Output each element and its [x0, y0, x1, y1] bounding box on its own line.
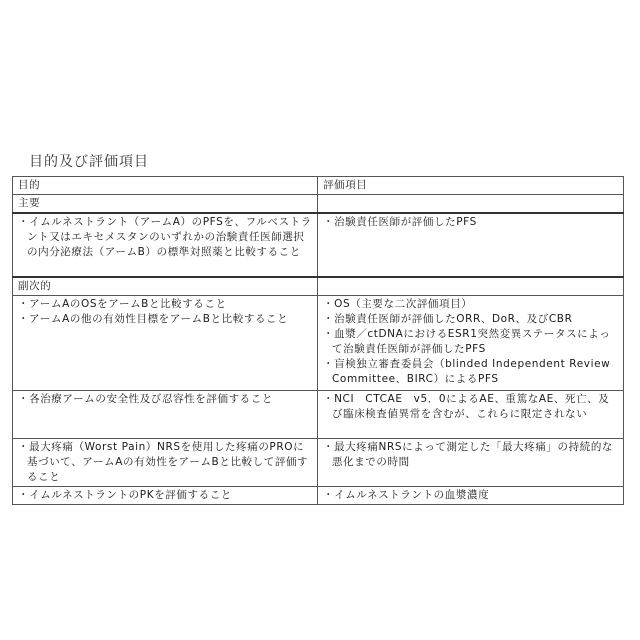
endpoint-cell: ・治験責任医師が評価したPFS [318, 213, 624, 277]
table-row: ・イムルネストラント（アームA）のPFSを、フルベストラント又はエキセメスタンの… [13, 213, 624, 277]
section-row-primary: 主要 [13, 195, 624, 214]
objective-cell: ・イムルネストラントのPKを評価すること [13, 487, 318, 505]
endpoint-item: ・OS（主要な二次評価項目） [323, 297, 619, 312]
objective-cell: ・最大疼痛（Worst Pain）NRSを使用した疼痛のPROに基づいて、アーム… [13, 439, 318, 487]
endpoint-item: ・治験責任医師が評価したORR、DoR、及びCBR [323, 312, 619, 327]
section-label-secondary: 副次的 [13, 277, 318, 296]
objective-cell: ・イムルネストラント（アームA）のPFSを、フルベストラント又はエキセメスタンの… [13, 213, 318, 277]
endpoint-item: ・血漿／ctDNAにおけるESR1突然変異ステータスによって治験責任医師が評価し… [323, 327, 619, 357]
table-row: ・アームAのOSをアームBと比較すること ・アームAの他の有効性目標をアームBと… [13, 296, 624, 391]
table-header-row: 目的 評価項目 [13, 177, 624, 195]
section-label-primary: 主要 [13, 195, 318, 214]
endpoint-item: ・盲検独立審査委員会（blinded Independent Review Co… [323, 357, 619, 387]
objective-item: ・アームAの他の有効性目標をアームBと比較すること [18, 312, 313, 327]
objective-item: ・アームAのOSをアームBと比較すること [18, 297, 313, 312]
endpoint-item: ・NCI CTCAE v5．0によるAE、重篤なAE、死亡、及び臨床検査値異常を… [323, 392, 619, 422]
header-endpoint: 評価項目 [318, 177, 624, 195]
table-row: ・各治療アームの安全性及び忍容性を評価すること ・NCI CTCAE v5．0に… [13, 391, 624, 439]
table-row: ・イムルネストラントのPKを評価すること ・イムルネストラントの血漿濃度 [13, 487, 624, 505]
section-blank-primary [318, 195, 624, 214]
endpoint-cell: ・OS（主要な二次評価項目） ・治験責任医師が評価したORR、DoR、及びCBR… [318, 296, 624, 391]
endpoint-item: ・イムルネストラントの血漿濃度 [323, 488, 619, 503]
section-blank-secondary [318, 277, 624, 296]
objective-item: ・イムルネストラントのPKを評価すること [18, 488, 313, 503]
endpoint-item: ・最大疼痛NRSによって測定した「最大疼痛」の持続的な悪化までの時間 [323, 440, 619, 470]
table-row: ・最大疼痛（Worst Pain）NRSを使用した疼痛のPROに基づいて、アーム… [13, 439, 624, 487]
objective-item: ・最大疼痛（Worst Pain）NRSを使用した疼痛のPROに基づいて、アーム… [18, 440, 313, 485]
header-objective: 目的 [13, 177, 318, 195]
endpoint-cell: ・イムルネストラントの血漿濃度 [318, 487, 624, 505]
objective-item: ・イムルネストラント（アームA）のPFSを、フルベストラント又はエキセメスタンの… [18, 215, 313, 260]
section-row-secondary: 副次的 [13, 277, 624, 296]
endpoint-item: ・治験責任医師が評価したPFS [323, 215, 619, 230]
objective-cell: ・各治療アームの安全性及び忍容性を評価すること [13, 391, 318, 439]
objectives-endpoints-table: 目的 評価項目 主要 ・イムルネストラント（アームA）のPFSを、フルベストラン… [12, 176, 624, 505]
objective-cell: ・アームAのOSをアームBと比較すること ・アームAの他の有効性目標をアームBと… [13, 296, 318, 391]
table-caption: 目的及び評価項目 [29, 151, 149, 171]
endpoint-cell: ・最大疼痛NRSによって測定した「最大疼痛」の持続的な悪化までの時間 [318, 439, 624, 487]
endpoint-cell: ・NCI CTCAE v5．0によるAE、重篤なAE、死亡、及び臨床検査値異常を… [318, 391, 624, 439]
objective-item: ・各治療アームの安全性及び忍容性を評価すること [18, 392, 313, 407]
